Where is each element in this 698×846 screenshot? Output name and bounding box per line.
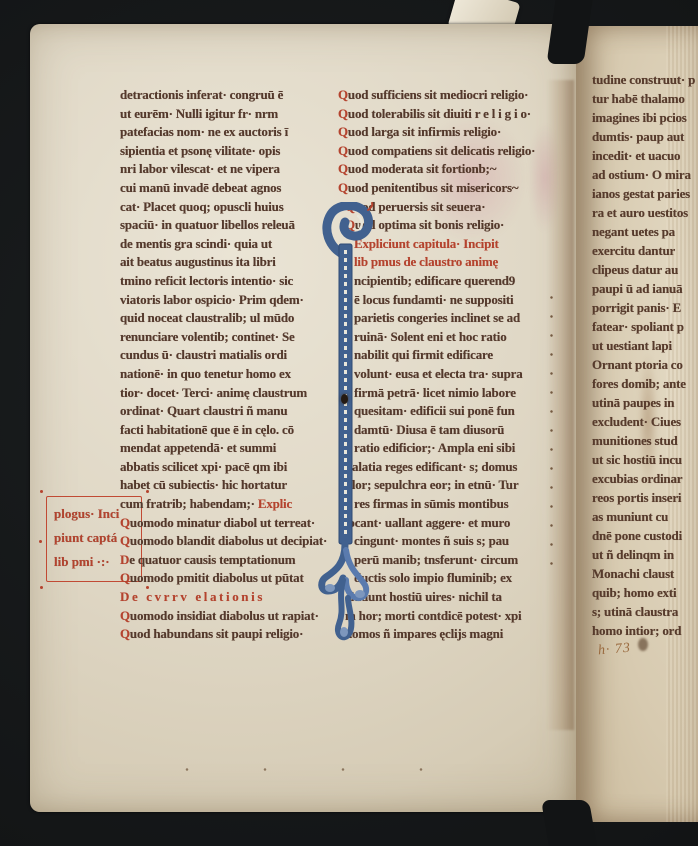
manuscript-text-line: clipeus datur au — [592, 260, 698, 279]
manuscript-text-line: tur habē thalamo — [592, 89, 698, 108]
manuscript-text-line: patefacias nom· ne ex auctoris ī — [120, 123, 364, 142]
manuscript-text-line: negant uetes pa — [592, 222, 698, 241]
manuscript-text-line: quib; homo exti — [592, 583, 698, 602]
manuscript-text-line: ra et auro uestitos — [592, 203, 698, 222]
manuscript-photo: plogus· Incipiunt captálib pmi ·:· detra… — [0, 0, 698, 846]
manuscript-text-line: excludent· Ciues — [592, 412, 698, 431]
manuscript-text-line: fores domib; ante — [592, 374, 698, 393]
manuscript-text-line: cui manū invadē debeat agnos — [120, 179, 364, 198]
manuscript-text-line: ut ñ delinqm in — [592, 545, 698, 564]
manuscript-text-line: ad ostium· O mira — [592, 165, 698, 184]
manuscript-text-line: ut eurēm· Nulli igitur fr· nrm — [120, 105, 364, 124]
manuscript-text-line: dumtis· paup aut — [592, 127, 698, 146]
manuscript-text-line: munitiones stud — [592, 431, 698, 450]
pricking-holes-row — [148, 768, 458, 771]
right-page: tudine construut· ptur habē thalamoimagi… — [576, 26, 698, 822]
manuscript-text-line: imagines ibi pcios — [592, 108, 698, 127]
parchment-hole — [341, 394, 348, 404]
manuscript-text-line: Ornant ptoria co — [592, 355, 698, 374]
manuscript-text-line: fatear· spoliant p — [592, 317, 698, 336]
manuscript-text-line: reos portis inseri — [592, 488, 698, 507]
manuscript-text-line: ianos gestat paries — [592, 184, 698, 203]
manuscript-text-line: tudine construut· p — [592, 70, 698, 89]
manuscript-text-line: porrigit panis· E — [592, 298, 698, 317]
manuscript-text-line: homo intior; ord — [592, 621, 698, 640]
manuscript-text-line: ut sic hostiū incu — [592, 450, 698, 469]
manuscript-text-line: exercitu dantur — [592, 241, 698, 260]
gutter-shadow-bottom — [541, 800, 597, 846]
left-page: plogus· Incipiunt captálib pmi ·:· detra… — [30, 24, 578, 812]
manuscript-text-line: sipientia et psonę vilitate· opis — [120, 142, 364, 161]
manuscript-text-line: paupi ū ad ianuā — [592, 279, 698, 298]
manuscript-text-line: Monachi claust — [592, 564, 698, 583]
manuscript-text-line: s; utinā claustra — [592, 602, 698, 621]
folio-mark: h· 73 — [597, 641, 631, 660]
manuscript-text-line: nri labor vilescat· et ne vipera — [120, 160, 364, 179]
text-column-right-page: tudine construut· ptur habē thalamoimagi… — [592, 70, 698, 640]
manuscript-text-line: Quod penitentibus sit misericors~ — [338, 179, 574, 198]
manuscript-text-line: Quod tolerabilis sit diuiti r e l i g i … — [338, 105, 574, 124]
manuscript-text-line: utinā paupes in — [592, 393, 698, 412]
illuminated-initial-I — [318, 202, 374, 648]
manuscript-text-line: ut uestiant lapi — [592, 336, 698, 355]
manuscript-text-line: excubias ordinar — [592, 469, 698, 488]
manuscript-text-line: Quod sufficiens sit mediocri religio· — [338, 86, 574, 105]
manuscript-text-line: Quod larga sit infirmis religio· — [338, 123, 574, 142]
manuscript-text-line: Quod moderata sit fortionb;~ — [338, 160, 574, 179]
manuscript-text-line: as muniunt cu — [592, 507, 698, 526]
manuscript-text-line: Quod compatiens sit delicatis religio· — [338, 142, 574, 161]
manuscript-text-line: incedit· et uacuo — [592, 146, 698, 165]
manuscript-text-line: detractionis inferat· congruū ē — [120, 86, 364, 105]
manuscript-text-line: dnē pone custodi — [592, 526, 698, 545]
rubric-box-corner-dots — [40, 490, 43, 493]
